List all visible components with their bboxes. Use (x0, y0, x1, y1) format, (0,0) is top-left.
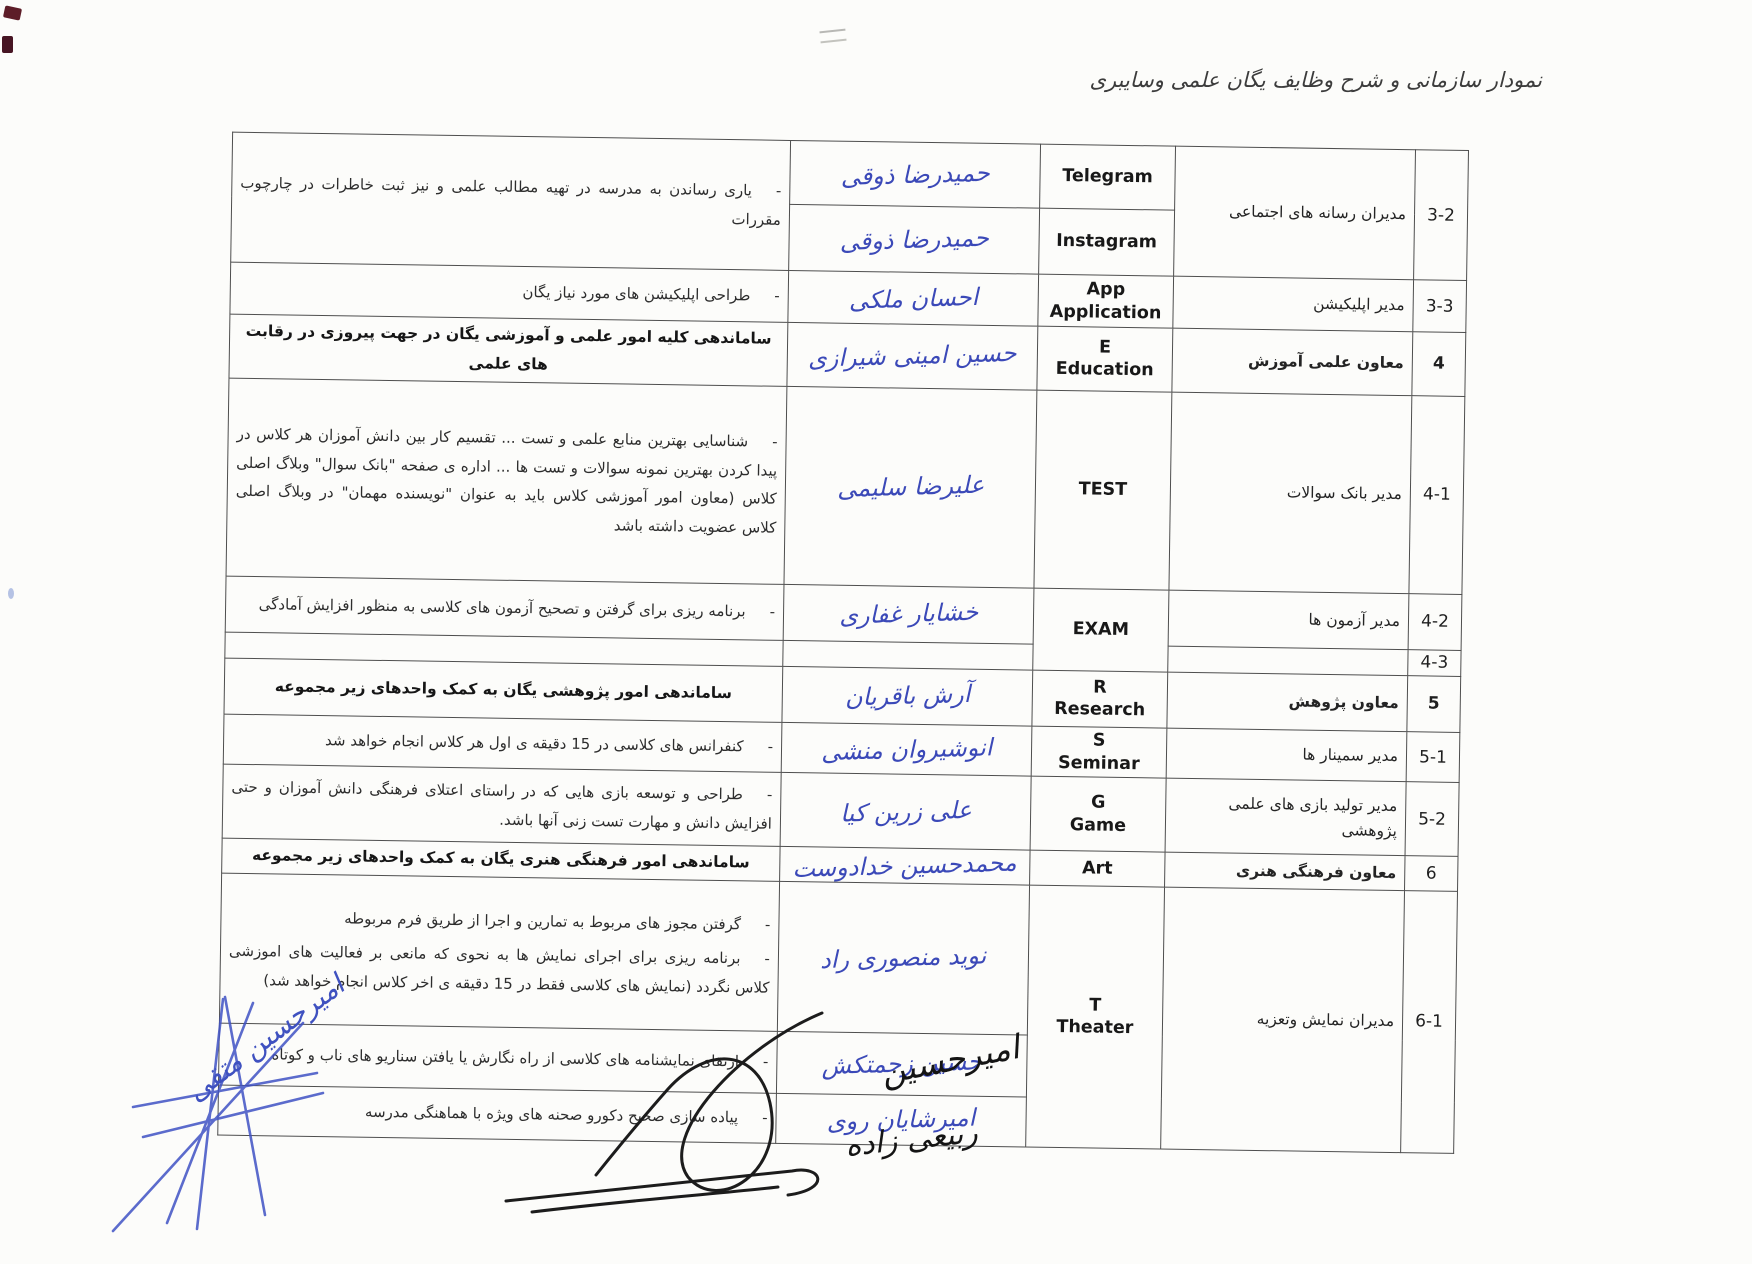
cell-english-label: TEST (1034, 390, 1172, 590)
role-title: معاون علمی آموزش (1248, 352, 1404, 372)
cell-title: مدیران رسانه های اجتماعی (1174, 146, 1416, 280)
bullet-dash: - (776, 182, 782, 200)
signature-handwritten: علیرضا سلیمی (836, 471, 984, 503)
description-text: -برنامه ریزی برای گرفتن و تصحیح آزمون ها… (234, 590, 775, 627)
page-title: نمودار سازمانی و شرح وظایف یگان علمی وسا… (1090, 68, 1542, 92)
cell-signature: علیرضا سلیمی (784, 386, 1037, 588)
english-label: Art (1038, 856, 1156, 880)
cell-description: ساماندهی امور پژوهشی یگان به کمک واحدهای… (224, 658, 783, 722)
english-label-line1: G (1039, 791, 1157, 815)
signature-handwritten: احسان ملکی (848, 282, 978, 314)
english-label-line1: E (1046, 335, 1164, 359)
cell-signature: حسین امینی شیرازی (787, 322, 1038, 390)
english-label: TEST (1044, 478, 1162, 502)
cell-number: 5-2 (1405, 782, 1459, 857)
description-body: یاری رساندن به مدرسه در تهیه مطالب علمی … (240, 174, 781, 229)
role-title: مدیران نمایش وتعزیه (1257, 1010, 1395, 1030)
row-number: 4 (1433, 354, 1445, 374)
signature-handwritten: حمیدرضا ذوقی (840, 158, 990, 190)
cell-english-label: Art (1030, 850, 1165, 886)
row-number: 5-2 (1418, 809, 1446, 829)
cell-signature: آرش باقریان (782, 666, 1033, 726)
english-label-line1: S (1040, 729, 1158, 753)
cell-description: -یاری رساندن به مدرسه در تهیه مطالب علمی… (231, 132, 791, 270)
signature-handwritten: آرش باقریان (844, 680, 970, 712)
scan-artifact-red-mark (2, 36, 13, 53)
row-number: 4-2 (1421, 612, 1449, 632)
bullet-dash: - (764, 950, 770, 968)
description-body: ساماندهی امور پژوهشی یگان به کمک واحدهای… (275, 677, 732, 702)
cell-english-label: RResearch (1032, 670, 1168, 728)
cell-english-label: EXAM (1033, 588, 1169, 672)
bullet-dash: - (774, 287, 780, 305)
cell-description: -کنفرانس های کلاسی در 15 دقیقه ی اول هر … (223, 714, 782, 773)
cell-title: مدیر اپلیکیشن (1173, 276, 1414, 332)
cell-number: 4-2 (1408, 594, 1462, 651)
description-body: کنفرانس های کلاسی در 15 دقیقه ی اول هر ک… (325, 731, 744, 755)
cell-signature: حمیدرضا ذوقی (790, 140, 1041, 208)
row-number: 5-1 (1419, 747, 1447, 767)
cell-number: 5 (1407, 676, 1461, 733)
cell-number: 5-1 (1406, 732, 1460, 783)
cell-number: 6-1 (1401, 890, 1458, 1153)
description-text: -گرفتن مجوز های مربوط به تمارین و اجرا ا… (229, 902, 770, 939)
row-number: 3-2 (1427, 205, 1455, 225)
cell-title: معاون علمی آموزش (1172, 328, 1413, 395)
cell-english-label: EEducation (1037, 326, 1173, 392)
cell-signature: حمیدرضا ذوقی (789, 204, 1040, 274)
cell-title: معاون پژوهش (1167, 672, 1408, 732)
english-label-line2: Seminar (1040, 751, 1158, 775)
english-label-line2: Application (1046, 300, 1164, 324)
row-number: 5 (1428, 694, 1440, 714)
cell-number: 6 (1405, 856, 1459, 891)
role-title: مدیر اپلیکیشن (1313, 295, 1405, 314)
cell-english-label: SSeminar (1031, 726, 1167, 778)
signature-handwritten: انوشیروان منشی (820, 733, 992, 766)
row-number: 4-3 (1420, 653, 1448, 673)
english-label-line1: T (1036, 993, 1154, 1017)
bullet-dash: - (768, 738, 774, 756)
english-label-line1: R (1041, 675, 1159, 699)
cell-description: -طراحی و توسعه بازی هایی که در راستای اع… (222, 764, 781, 846)
signature-handwritten: حسین امینی شیرازی (808, 339, 1017, 373)
cell-number: 4-3 (1408, 650, 1461, 677)
cell-signature: خشایار غفاری (783, 584, 1034, 644)
cell-number: 3-3 (1413, 280, 1467, 333)
english-label-line1: App (1047, 278, 1165, 302)
cell-number: 4-1 (1409, 396, 1465, 595)
english-label-line2: Research (1040, 698, 1158, 722)
cell-title: مدیر بانک سوالات (1169, 392, 1412, 594)
org-chart-table: 3-2 مدیران رسانه های اجتماعی Telegram حم… (217, 132, 1469, 1154)
english-label-line2: Theater (1036, 1016, 1154, 1040)
cell-signature: علی زرین کیا (780, 773, 1031, 851)
cell-english-label: TTheater (1026, 885, 1165, 1149)
description-text: -شناسایی بهترین منابع علمی و تست ... تقس… (235, 420, 778, 542)
signature-handwritten: خشایار غفاری (839, 598, 979, 630)
cell-signature: محمدحسین خدادوست (780, 847, 1030, 885)
english-label-line2: Education (1046, 358, 1164, 382)
cell-title: مدیر سمینار ها (1166, 728, 1407, 782)
cell-number: 3-2 (1414, 150, 1469, 281)
signature-handwritten: نوید منصوری راد (820, 942, 987, 975)
cell-english-label: Telegram (1040, 144, 1176, 210)
english-label: Instagram (1047, 230, 1165, 254)
english-label-line2: Game (1039, 814, 1157, 838)
english-label: Telegram (1048, 165, 1166, 189)
row-number: 6 (1426, 864, 1437, 884)
cell-title: مدیر آزمون ها (1168, 590, 1409, 650)
signature-handwritten: محمدحسین خدادوست (792, 849, 1017, 883)
role-title: مدیران رسانه های اجتماعی (1229, 203, 1406, 224)
description-body: گرفتن مجوز های مربوط به تمارین و اجرا از… (344, 909, 741, 933)
english-label: EXAM (1042, 618, 1160, 642)
description-body: ساماندهی کلیه امور علمی و آموزشی یگان در… (246, 322, 772, 374)
role-title: مدیر آزمون ها (1308, 611, 1400, 630)
cell-signature: احسان ملکی (788, 270, 1039, 326)
description-body: شناسایی بهترین منابع علمی و تست ... تقسی… (236, 425, 778, 537)
scan-artifact-red-mark (3, 5, 22, 20)
bullet-dash: - (772, 433, 778, 451)
description-text: -کنفرانس های کلاسی در 15 دقیقه ی اول هر … (232, 725, 773, 762)
signature-handwritten: علی زرین کیا (839, 796, 971, 828)
description-body: طراحی اپلیکیشن های مورد نیاز یگان (522, 283, 750, 304)
cell-description: ساماندهی کلیه امور علمی و آموزشی یگان در… (229, 314, 788, 386)
role-title: معاون پژوهش (1288, 692, 1398, 712)
cell-description: -برنامه ریزی برای گرفتن و تصحیح آزمون ها… (225, 576, 784, 640)
signature-handwritten: حمیدرضا ذوقی (839, 223, 989, 255)
role-title: مدیر بانک سوالات (1287, 483, 1402, 503)
row-number: 4-1 (1423, 485, 1451, 505)
scanned-document-page: نمودار سازمانی و شرح وظایف یگان علمی وسا… (0, 0, 1752, 1264)
cell-title: مدیر تولید بازی های علمی پژوهشی (1165, 778, 1406, 856)
cell-description: -طراحی اپلیکیشن های مورد نیاز یگان (230, 262, 789, 322)
cell-signature: انوشیروان منشی (781, 722, 1032, 776)
cell-description: -شناسایی بهترین منابع علمی و تست ... تقس… (226, 378, 787, 584)
description-text: -یاری رساندن به مدرسه در تهیه مطالب علمی… (240, 169, 782, 234)
cell-signature-empty (783, 640, 1033, 670)
cell-title: معاون فرهنگی هنری (1165, 852, 1405, 890)
cell-english-label: Instagram (1039, 208, 1175, 276)
cell-number: 4 (1412, 332, 1466, 397)
role-title: مدیر سمینار ها (1302, 746, 1398, 765)
row-number: 3-3 (1426, 296, 1454, 316)
bullet-dash: - (770, 603, 776, 621)
role-title: معاون فرهنگی هنری (1236, 861, 1397, 881)
description-body: برنامه ریزی برای گرفتن و تصحیح آزمون های… (259, 595, 746, 620)
scan-artifact-blue-dot (8, 588, 14, 599)
cell-english-label: GGame (1030, 776, 1166, 852)
cell-title-empty (1168, 646, 1408, 676)
cell-english-label: AppApplication (1038, 274, 1174, 328)
description-text: -طراحی و توسعه بازی هایی که در راستای اع… (231, 773, 773, 838)
description-body: ساماندهی امور فرهنگی هنری یگان به کمک وا… (252, 846, 750, 871)
cell-title: مدیران نمایش وتعزیه (1161, 887, 1405, 1153)
scan-artifact-gray-mark (819, 29, 846, 44)
description-body: طراحی و توسعه بازی هایی که در راستای اعت… (231, 778, 772, 833)
bullet-dash: - (767, 786, 773, 804)
bullet-dash: - (765, 915, 771, 933)
org-chart-table-wrap: 3-2 مدیران رسانه های اجتماعی Telegram حم… (217, 132, 1468, 1154)
row-number: 6-1 (1415, 1012, 1443, 1032)
description-text: -طراحی اپلیکیشن های مورد نیاز یگان (239, 274, 780, 311)
signature-flourish-icon (440, 1005, 890, 1220)
role-title: مدیر تولید بازی های علمی پژوهشی (1228, 795, 1397, 840)
